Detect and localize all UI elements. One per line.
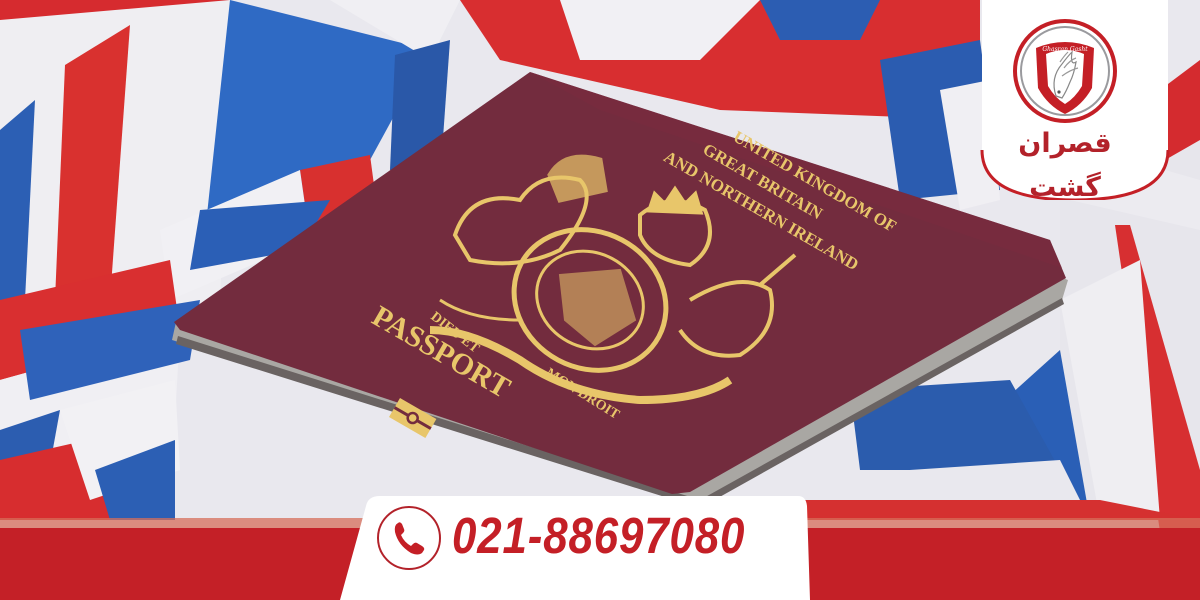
bird-shield-emblem-icon: Ghasran Gasht: [1012, 18, 1118, 124]
banner: UNITED KINGDOM OF GREAT BRITAIN AND NORT…: [0, 0, 1200, 600]
phone-number[interactable]: 021-88697080: [452, 496, 745, 576]
phone-icon[interactable]: [376, 505, 442, 571]
svg-text:Ghasran Gasht: Ghasran Gasht: [1042, 46, 1088, 53]
brand-name: قصران گشت: [990, 122, 1140, 210]
